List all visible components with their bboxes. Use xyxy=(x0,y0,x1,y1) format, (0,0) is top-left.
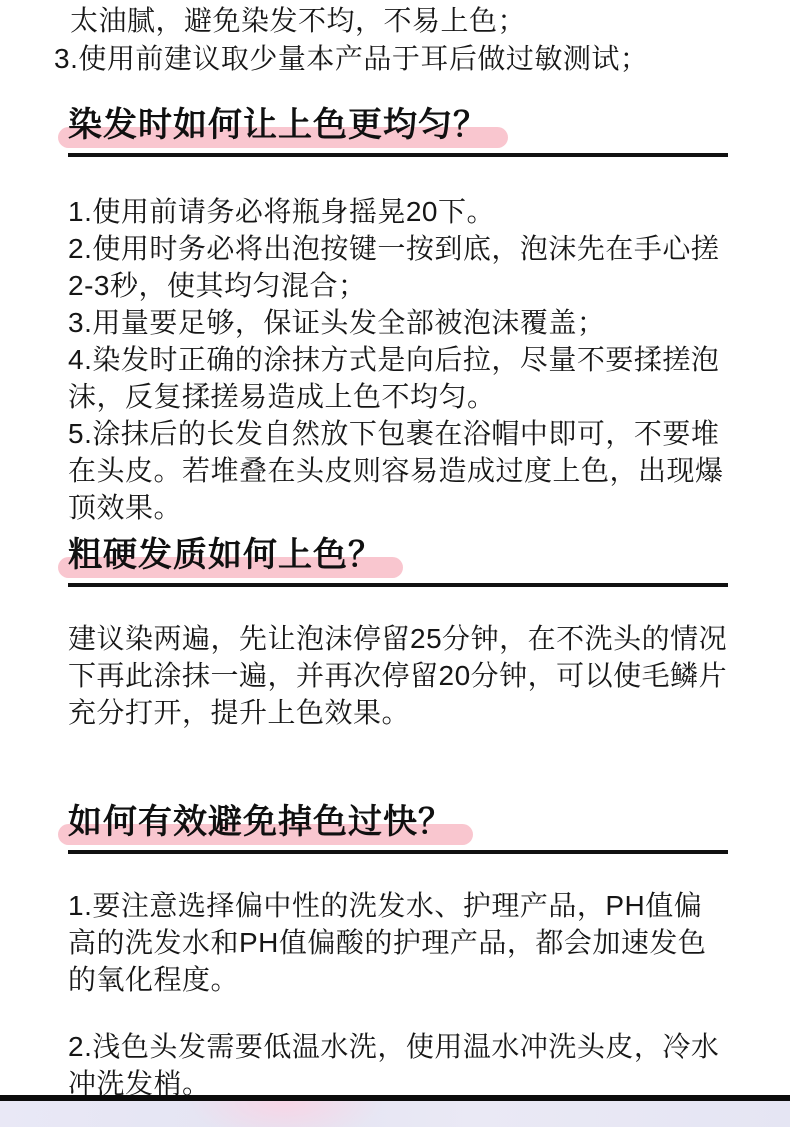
heading-divider xyxy=(68,583,728,587)
section-heading-coarse-hair: 粗硬发质如何上色？ xyxy=(68,534,728,576)
tip-item: 1.使用前请务必将瓶身摇晃20下。 xyxy=(68,193,728,230)
section-coarse-hair: 粗硬发质如何上色？ 建议染两遍，先让泡沫停留25分钟，在不洗头的情况下再此涂抹一… xyxy=(68,534,728,731)
tip-item: 2.使用时务必将出泡按键一按到底，泡沫先在手心搓2-3秒，使其均匀混合； xyxy=(68,230,728,304)
product-detail-page: 太油腻，避免染发不均，不易上色； 3.使用前建议取少量本产品于耳后做过敏测试； … xyxy=(0,0,790,1127)
tip-item: 5.涂抹后的长发自然放下包裹在浴帽中即可，不要堆在头皮。若堆叠在头皮则容易造成过… xyxy=(68,415,728,526)
tip-list: 1.使用前请务必将瓶身摇晃20下。 2.使用时务必将出泡按键一按到底，泡沫先在手… xyxy=(68,193,728,526)
tip-item: 1.要注意选择偏中性的洗发水、护理产品，PH值偏高的洗发水和PH值偏酸的护理产品… xyxy=(68,887,728,998)
section-avoid-fading: 如何有效避免掉色过快？ 1.要注意选择偏中性的洗发水、护理产品，PH值偏高的洗发… xyxy=(68,801,728,1102)
tip-item: 3.用量要足够，保证头发全部被泡沫覆盖； xyxy=(68,304,728,341)
heading-divider xyxy=(68,850,728,854)
heading-highlight: 如何有效避免掉色过快？ xyxy=(68,801,453,843)
tip-item: 4.染发时正确的涂抹方式是向后拉，尽量不要揉搓泡沫，反复揉搓易造成上色不均匀。 xyxy=(68,341,728,415)
intro-note: 太油腻，避免染发不均，不易上色； 3.使用前建议取少量本产品于耳后做过敏测试； xyxy=(54,2,730,78)
intro-line-1: 太油腻，避免染发不均，不易上色； xyxy=(70,2,730,40)
section-heading-avoid-fading: 如何有效避免掉色过快？ xyxy=(68,801,728,843)
heading-divider xyxy=(68,153,728,157)
next-section-edge xyxy=(0,1095,790,1127)
intro-line-2: 3.使用前建议取少量本产品于耳后做过敏测试； xyxy=(54,40,730,78)
heading-highlight: 染发时如何让上色更均匀？ xyxy=(68,104,488,146)
section-even-coloring: 染发时如何让上色更均匀？ 1.使用前请务必将瓶身摇晃20下。 2.使用时务必将出… xyxy=(68,104,728,526)
next-section-background xyxy=(0,1101,790,1127)
section-heading-even-coloring: 染发时如何让上色更均匀？ xyxy=(68,104,728,146)
section-paragraph: 建议染两遍，先让泡沫停留25分钟，在不洗头的情况下再此涂抹一遍，并再次停留20分… xyxy=(68,620,728,731)
tip-item: 2.浅色头发需要低温水洗，使用温水冲洗头皮，冷水冲洗发梢。 xyxy=(68,1028,728,1102)
heading-highlight: 粗硬发质如何上色？ xyxy=(68,534,383,576)
